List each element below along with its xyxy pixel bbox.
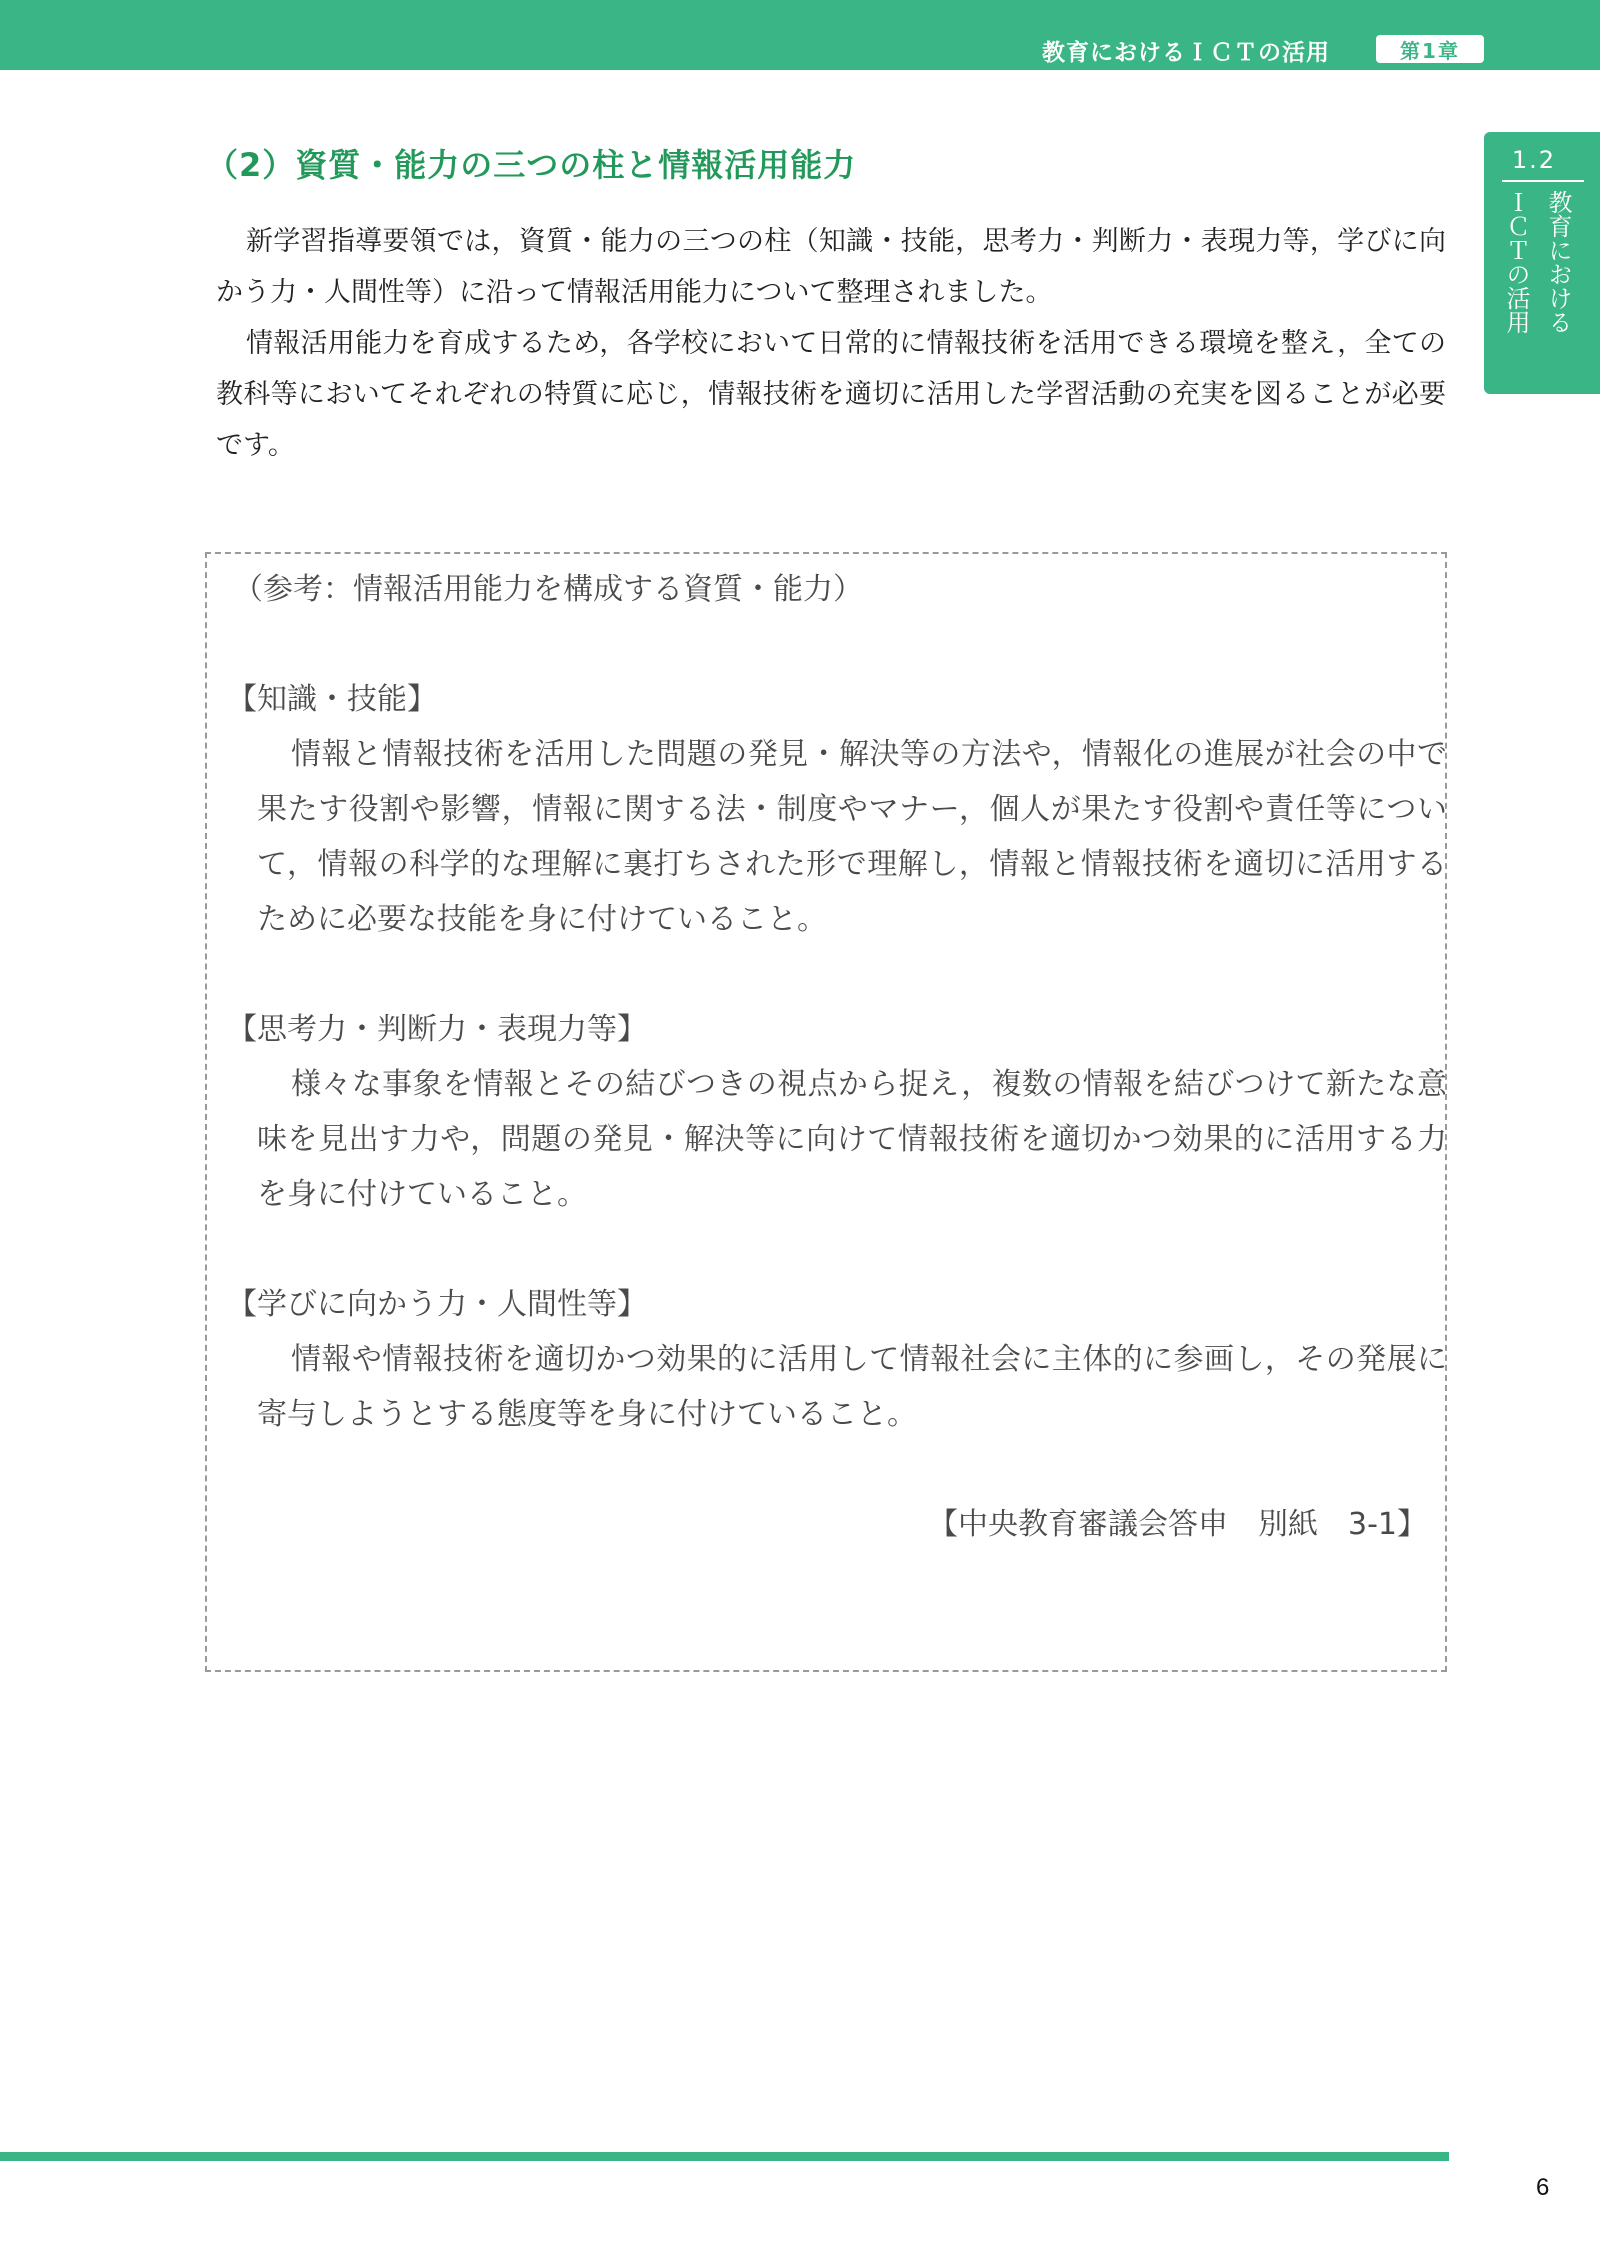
reference-heading-attitude: 【学びに向かう力・人間性等】	[227, 1277, 1433, 1332]
side-tab-number: 1.2	[1484, 146, 1584, 174]
reference-body-knowledge: 情報と情報技術を活用した問題の発見・解決等の方法や，情報化の進展が社会の中で果た…	[257, 727, 1447, 947]
chapter-badge: 第1章	[1376, 35, 1484, 63]
header-title: 教育におけるＩＣＴの活用	[1042, 34, 1330, 67]
side-tab-divider	[1502, 180, 1584, 182]
side-tab-label-line2: ＩＣＴの活用	[1502, 190, 1529, 334]
reference-box: （参考：情報活用能力を構成する資質・能力） 【知識・技能】 情報と情報技術を活用…	[205, 552, 1447, 1672]
footer-rule	[0, 2152, 1449, 2161]
reference-body-attitude: 情報や情報技術を適切かつ効果的に活用して情報社会に主体的に参画し，その発展に寄与…	[257, 1332, 1447, 1442]
reference-body-thinking: 様々な事象を情報とその結びつきの視点から捉え，複数の情報を結びつけて新たな意味を…	[257, 1057, 1447, 1222]
intro-paragraph: 情報活用能力を育成するため，各学校において日常的に情報技術を活用できる環境を整え…	[216, 318, 1446, 471]
side-tab-label-line1: 教育における	[1544, 190, 1571, 334]
page-number: 6	[1536, 2174, 1549, 2202]
header-bar: 教育におけるＩＣＴの活用 第1章	[0, 0, 1600, 70]
section-heading: （2）資質・能力の三つの柱と情報活用能力	[206, 140, 856, 186]
intro-paragraph: 新学習指導要領では，資質・能力の三つの柱（知識・技能，思考力・判断力・表現力等，…	[216, 216, 1446, 318]
reference-heading-knowledge: 【知識・技能】	[227, 672, 1433, 727]
reference-heading-thinking: 【思考力・判断力・表現力等】	[227, 1002, 1433, 1057]
intro-text: 新学習指導要領では，資質・能力の三つの柱（知識・技能，思考力・判断力・表現力等，…	[216, 216, 1446, 471]
reference-title: （参考：情報活用能力を構成する資質・能力）	[233, 562, 1433, 617]
section-side-tab: 1.2 教育における ＩＣＴの活用	[1484, 132, 1600, 394]
reference-source: 【中央教育審議会答申 別紙 3-1】	[233, 1497, 1433, 1552]
